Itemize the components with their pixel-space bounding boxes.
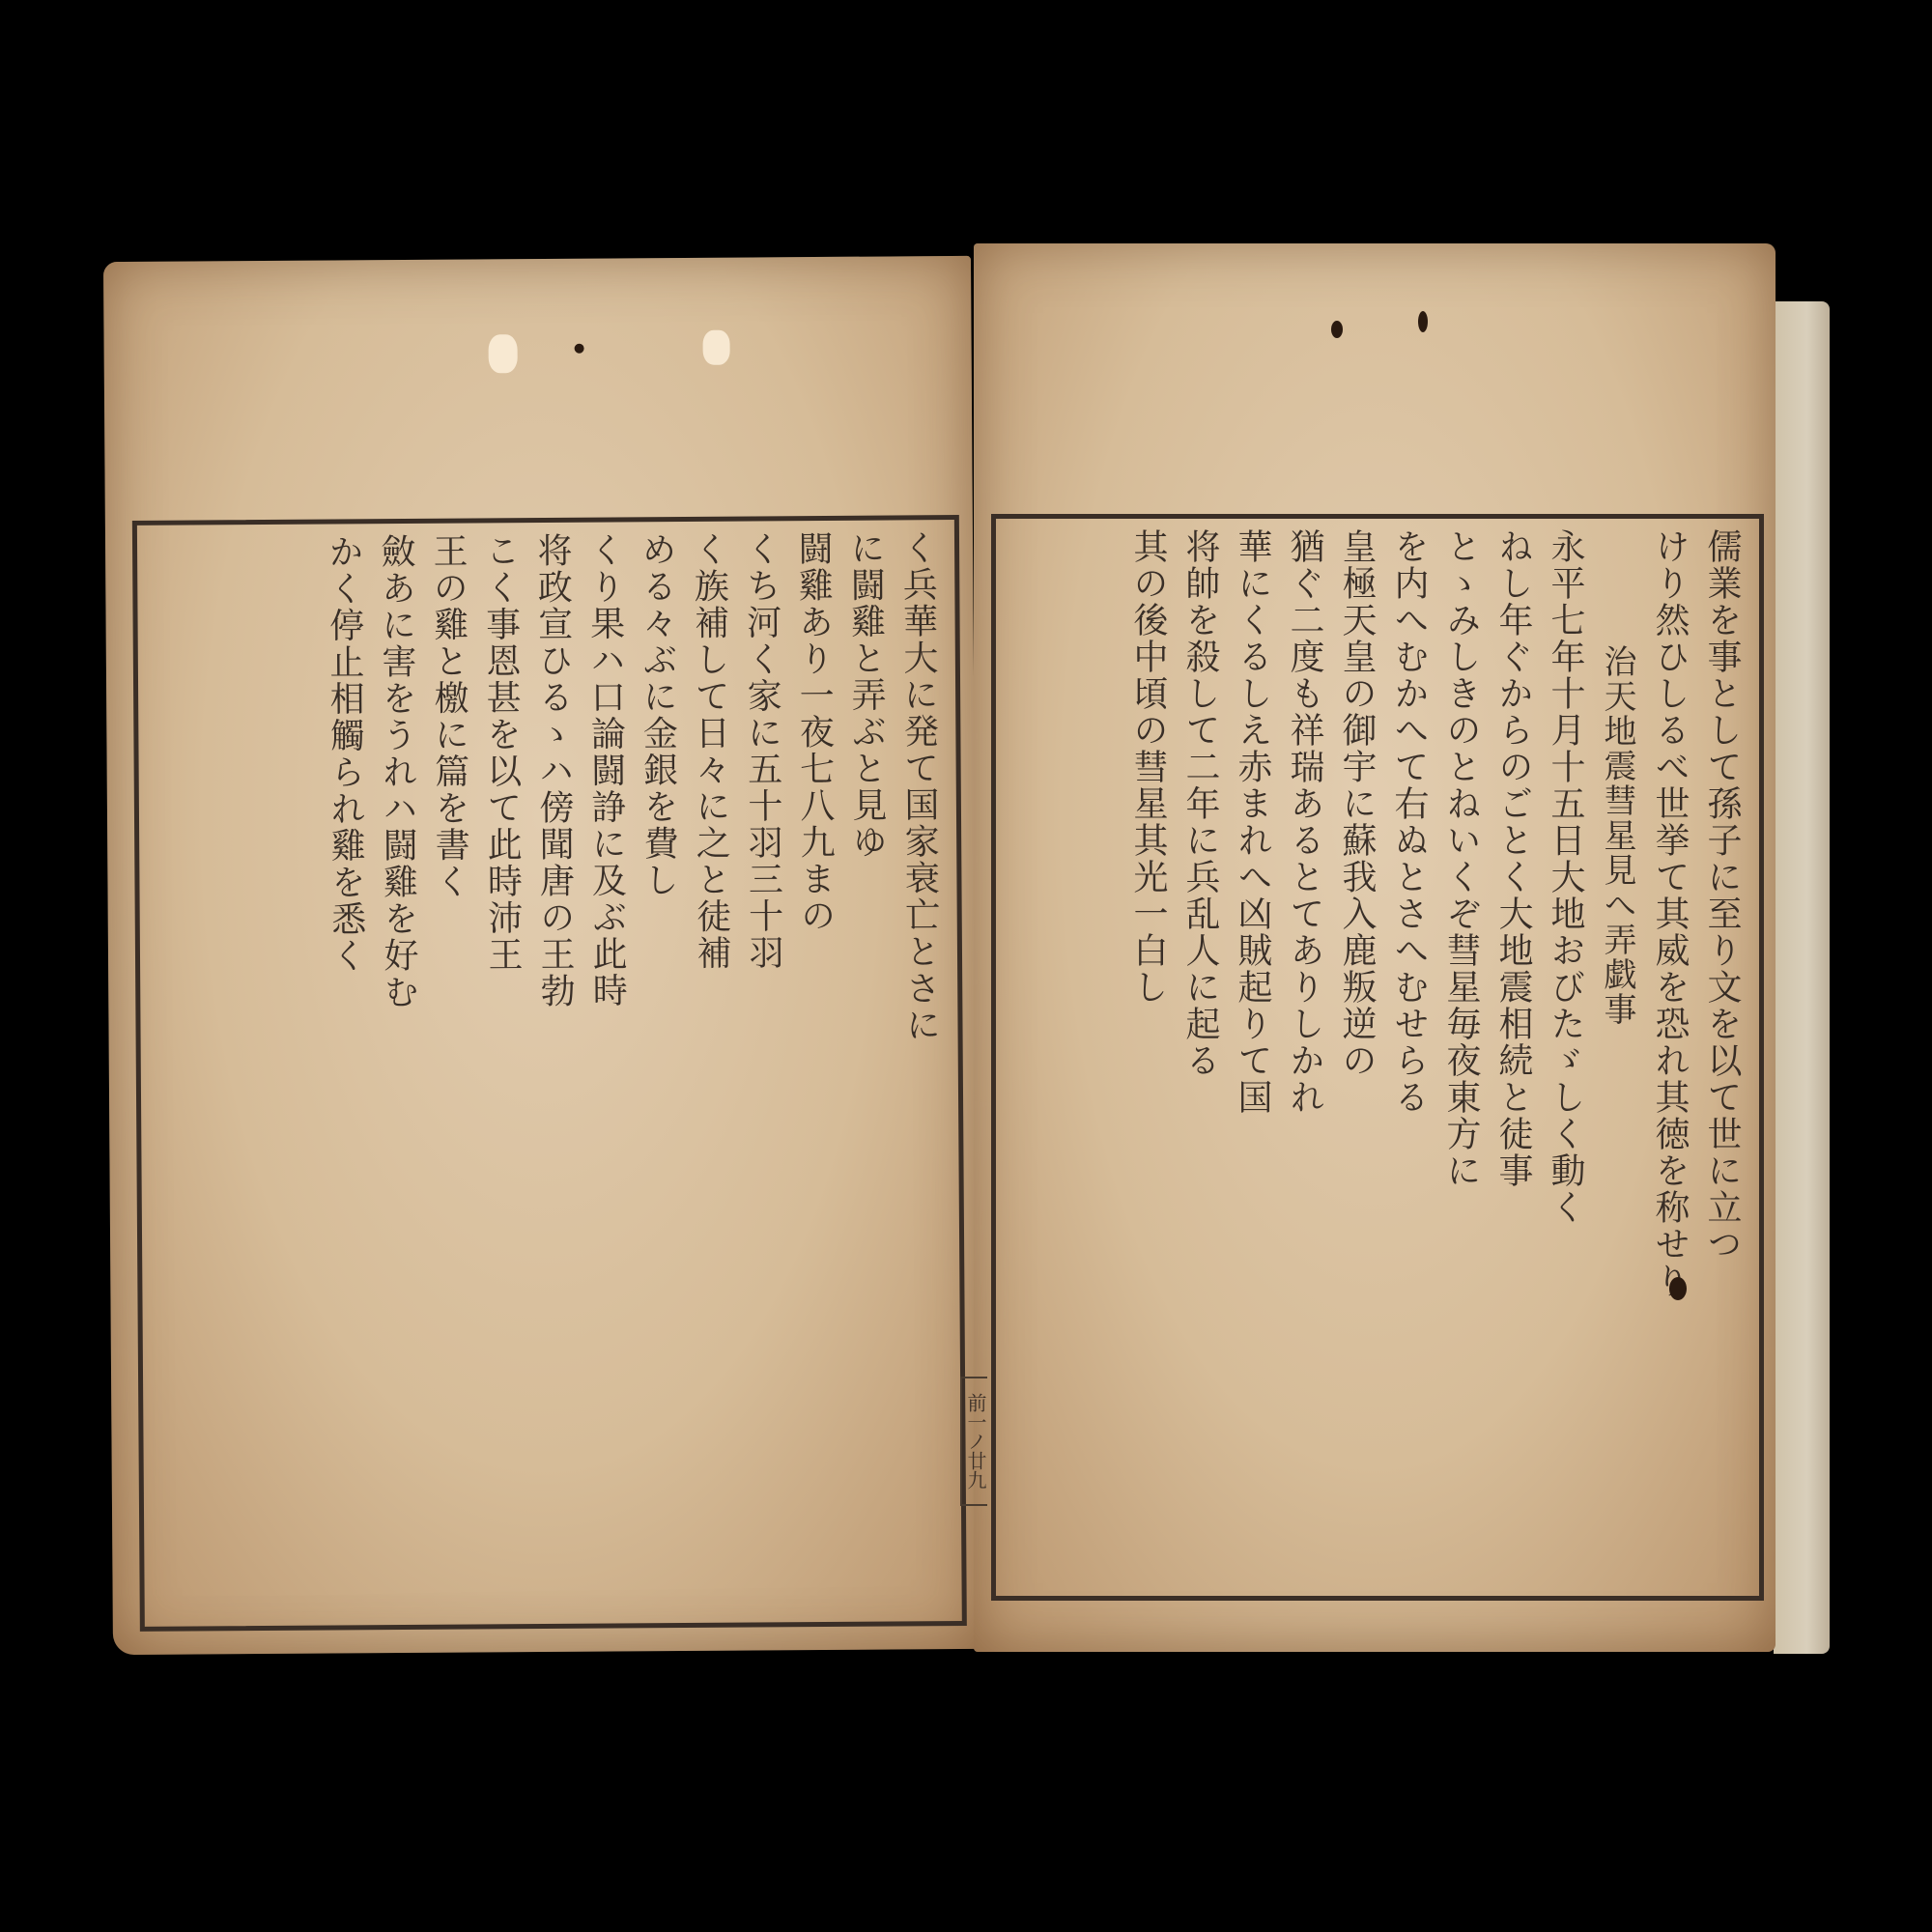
wormhole-mark xyxy=(1669,1277,1687,1300)
text-column: に闘雞と弄ぶと見ゆ xyxy=(838,529,898,1611)
text-column: く兵華大に発て国家衰亡とさに xyxy=(891,529,951,1611)
paper-damage xyxy=(489,334,518,373)
text-column: とゝみしきのとねいくぞ彗星毎夜東方に xyxy=(1435,528,1487,1586)
text-column: 儒業を事として孫子に至り文を以て世に立つ xyxy=(1695,528,1747,1586)
text-column: 華にくるしえ赤まれへ凶賊起りて国 xyxy=(1226,528,1278,1586)
text-column: 闘雞あり一夜七八九まの xyxy=(786,530,846,1612)
right-page-text-frame: 儒業を事として孫子に至り文を以て世に立つ けり然ひしるべ世挙て其威を恐れ其徳を称… xyxy=(991,514,1764,1601)
text-column: 王の雞と檄に篇を書く xyxy=(421,532,481,1614)
left-page-text: く兵華大に発て国家衰亡とさに に闘雞と弄ぶと見ゆ 闘雞あり一夜七八九まの くち河… xyxy=(149,529,951,1617)
text-column: ねし年ぐからのごとく大地震相続と徒事 xyxy=(1487,528,1539,1586)
text-column: 皇極天皇の御宇に蘇我入鹿叛逆の xyxy=(1330,528,1382,1586)
text-column: 斂あに害をうれハ闘雞を好む xyxy=(369,533,429,1615)
wormhole-mark xyxy=(1331,321,1343,338)
text-column: くち河く家に五十羽三十羽 xyxy=(734,530,794,1612)
section-heading: 治天地震彗星見へ弄戯事 xyxy=(1591,528,1643,1586)
right-page: 儒業を事として孫子に至り文を以て世に立つ けり然ひしるべ世挙て其威を恐れ其徳を称… xyxy=(974,243,1776,1652)
text-column: を内へむかへて右ぬとさへむせらる xyxy=(1382,528,1435,1586)
right-page-text: 儒業を事として孫子に至り文を以て世に立つ けり然ひしるべ世挙て其威を恐れ其徳を称… xyxy=(1008,528,1747,1586)
text-column: 猶ぐ二度も祥瑞あるとてありしかれ xyxy=(1278,528,1330,1586)
text-column: く族補して日々に之と徒補 xyxy=(682,531,742,1613)
text-column: くり果ハ口論闘諍に及ぶ此時 xyxy=(578,531,638,1613)
text-column: める々ぶに金銀を費し xyxy=(630,531,690,1613)
page-number-label: 前一ノ廿九 xyxy=(960,1377,987,1506)
text-column: 将帥を殺して二年に兵乱人に起る xyxy=(1174,528,1226,1586)
left-page: く兵華大に発て国家衰亡とさに に闘雞と弄ぶと見ゆ 闘雞あり一夜七八九まの くち河… xyxy=(103,256,980,1655)
text-column: 永平七年十月十五日大地おびたゞしく動く xyxy=(1539,528,1591,1586)
book-page-edges xyxy=(1774,301,1830,1654)
text-column: こく事恩甚を以て此時沛王 xyxy=(473,532,533,1614)
wormhole-mark xyxy=(575,344,584,354)
paper-damage xyxy=(702,330,729,365)
text-column: 将政宣ひるゝハ傍聞唐の王勃 xyxy=(526,532,585,1614)
text-column: けり然ひしるべ世挙て其威を恐れ其徳を称せり xyxy=(1643,528,1695,1586)
text-column: 其の後中頃の彗星其光一白し xyxy=(1122,528,1174,1586)
text-column: かく停止相觸られ雞を悉く xyxy=(317,533,377,1615)
wormhole-mark xyxy=(1418,311,1428,332)
left-page-text-frame: く兵華大に発て国家衰亡とさに に闘雞と弄ぶと見ゆ 闘雞あり一夜七八九まの くち河… xyxy=(132,515,967,1632)
